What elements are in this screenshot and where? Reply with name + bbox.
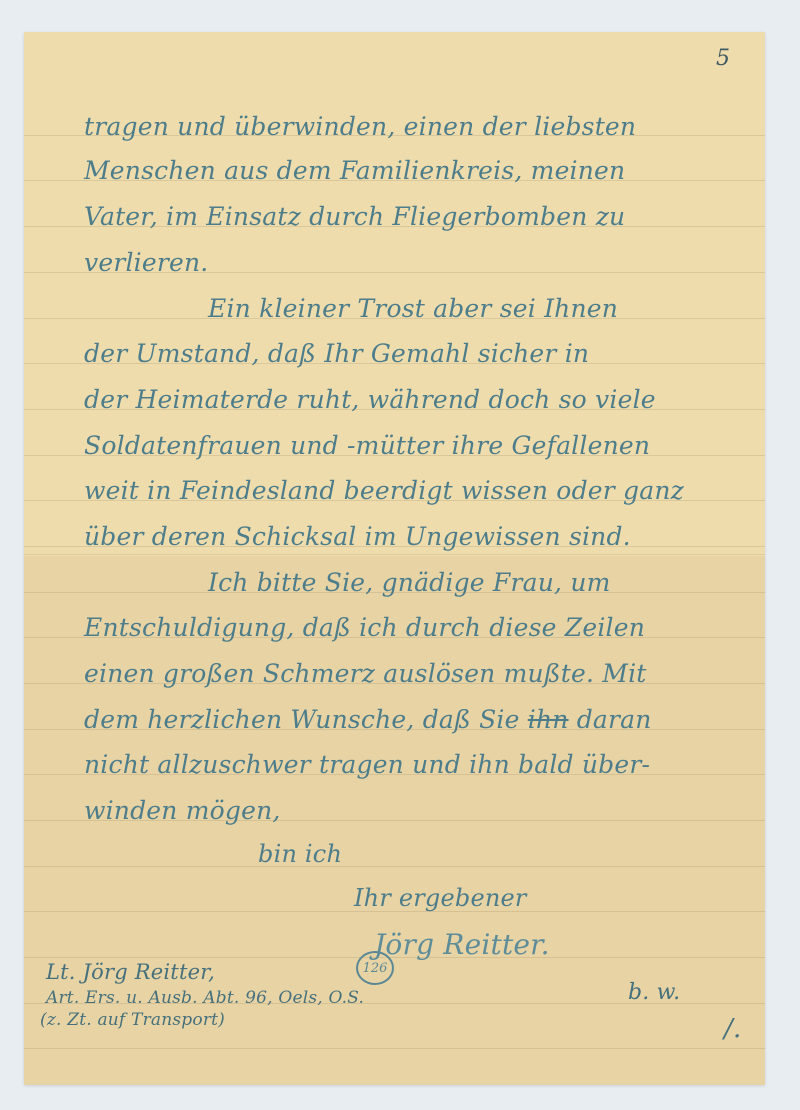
letter-line: der Heimaterde ruht, während doch so vie… bbox=[84, 385, 656, 414]
fold-crease bbox=[24, 554, 765, 556]
struck-word: ihn bbox=[528, 705, 569, 734]
letter-line: Ich bitte Sie, gnädige Frau, um bbox=[208, 568, 611, 597]
closing-line: Ihr ergebener bbox=[354, 884, 527, 912]
sender-unit: Art. Ers. u. Ausb. Abt. 96, Oels, O.S. bbox=[46, 988, 364, 1008]
please-turn-over-mark: b. w. bbox=[628, 980, 680, 1005]
ruled-line bbox=[24, 1048, 765, 1049]
circled-number: 126 bbox=[356, 951, 394, 985]
letter-line: über deren Schicksal im Ungewissen sind. bbox=[84, 522, 631, 551]
letter-line: tragen und überwinden, einen der liebste… bbox=[84, 112, 636, 141]
letter-line: nicht allzuschwer tragen und ihn bald üb… bbox=[84, 750, 650, 779]
letter-line: verlieren. bbox=[84, 248, 208, 277]
letter-text: daran bbox=[577, 705, 652, 734]
letter-line: Entschuldigung, daß ich durch diese Zeil… bbox=[84, 613, 645, 642]
closing-line: bin ich bbox=[258, 840, 342, 868]
letter-text: dem herzlichen Wunsche, daß Sie bbox=[84, 705, 520, 734]
sender-note: (z. Zt. auf Transport) bbox=[40, 1010, 225, 1030]
continuation-mark: /. bbox=[724, 1014, 741, 1044]
letter-line: winden mögen, bbox=[84, 796, 281, 825]
letter-line: der Umstand, daß Ihr Gemahl sicher in bbox=[84, 339, 589, 368]
page-number: 5 bbox=[716, 46, 730, 71]
letter-line: Menschen aus dem Familienkreis, meinen bbox=[84, 156, 625, 185]
letter-line: Ein kleiner Trost aber sei Ihnen bbox=[208, 294, 618, 323]
letter-line: weit in Feindesland beerdigt wissen oder… bbox=[84, 476, 684, 505]
letter-line: Soldatenfrauen und -mütter ihre Gefallen… bbox=[84, 431, 650, 460]
letter-line-with-strike: dem herzlichen Wunsche, daß Sie ihn dara… bbox=[84, 705, 652, 734]
letter-line: einen großen Schmerz auslösen mußte. Mit bbox=[84, 659, 647, 688]
letter-line: Vater, im Einsatz durch Fliegerbomben zu bbox=[84, 202, 625, 231]
ruled-line bbox=[24, 866, 765, 867]
letter-page: 5 tragen und überwinden, einen der liebs… bbox=[24, 32, 765, 1085]
signature: Jörg Reitter. bbox=[374, 928, 550, 961]
sender-name: Lt. Jörg Reitter, bbox=[46, 960, 215, 984]
